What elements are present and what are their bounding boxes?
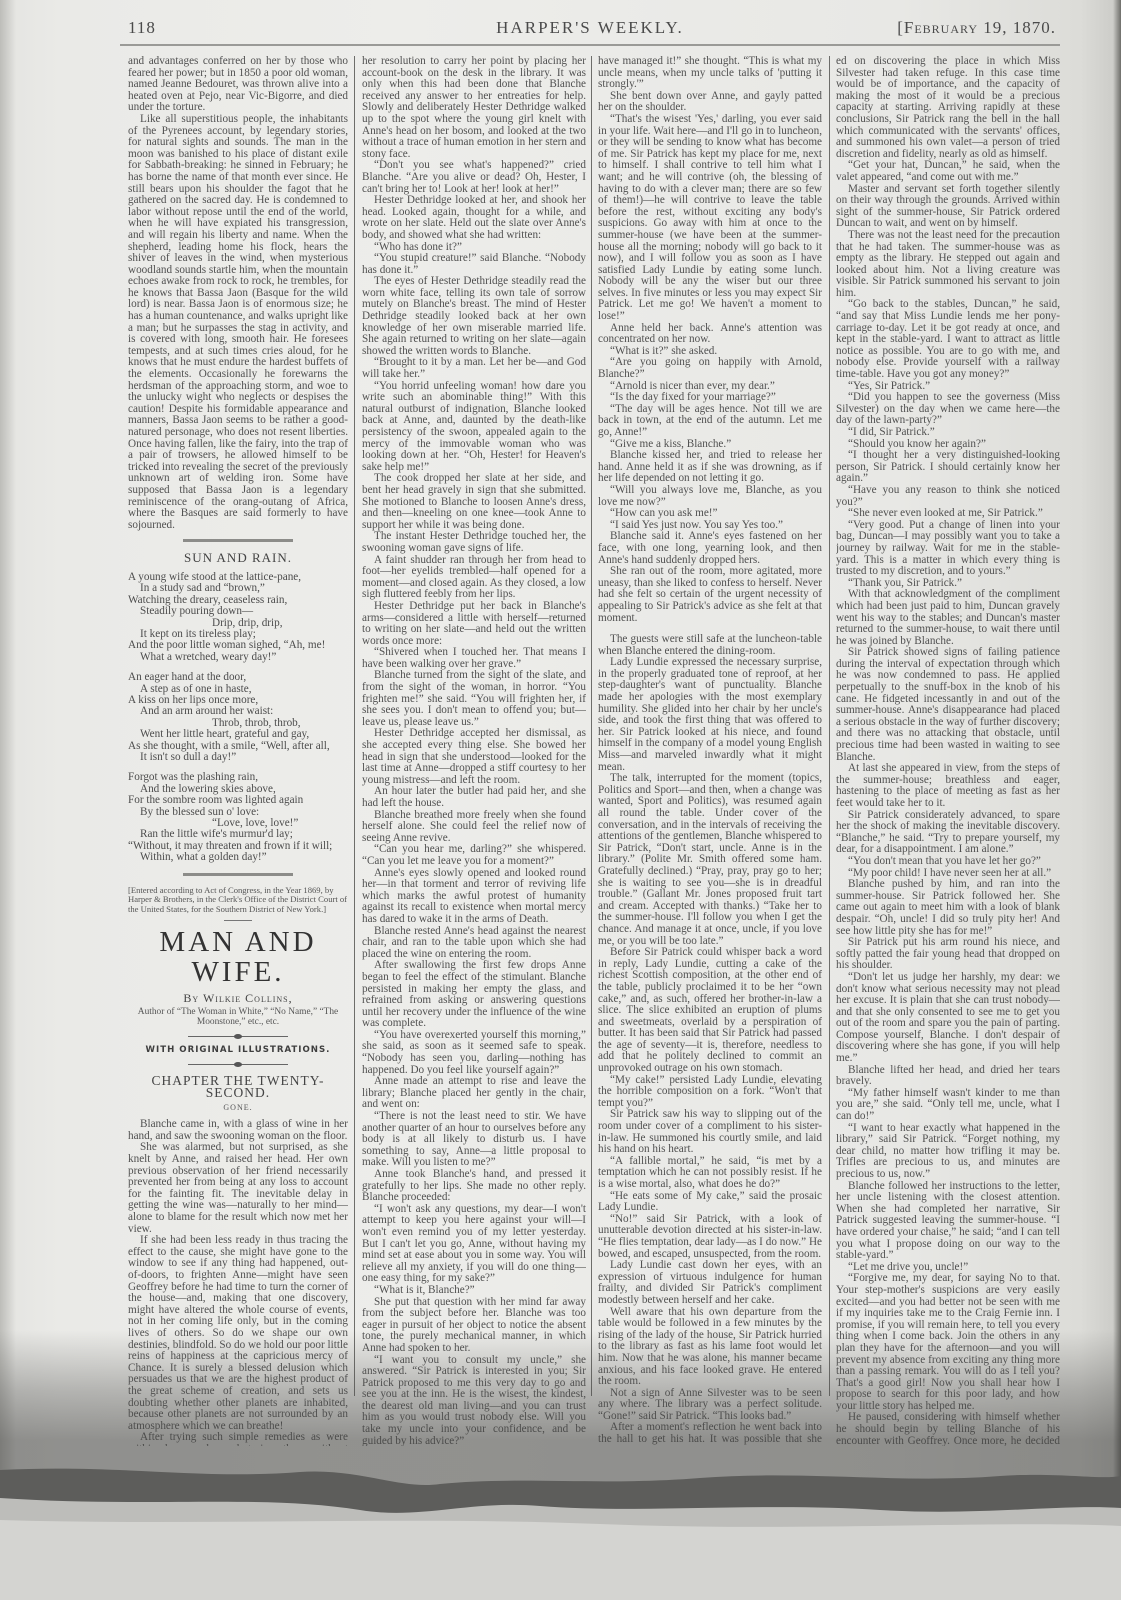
story-paragraph: “My father himself wasn't kinder to me t…: [836, 1088, 1060, 1123]
story-paragraph: “The day will be ages hence. Not till we…: [598, 404, 822, 439]
poem-line: Went her little heart, grateful and gay,: [128, 729, 348, 740]
story-paragraph: Blanche pushed by him, and ran into the …: [836, 879, 1060, 937]
author-note: Author of “The Woman in White,” “No Name…: [128, 1007, 348, 1028]
story-paragraph: She was alarmed, but not surprised, as s…: [128, 1142, 348, 1235]
story-paragraph: “Don't let us judge her harshly, my dear…: [836, 972, 1060, 1065]
story-paragraph: “That's the wisest 'Yes,' darling, you e…: [598, 114, 822, 323]
column-3: have managed it!” she thought. “This is …: [598, 56, 822, 1446]
story-paragraph: Blanche said it. Anne's eyes fastened on…: [598, 531, 822, 566]
story-paragraph: If she had been less ready in thus traci…: [128, 1235, 348, 1432]
story-paragraph: ed on discovering the place in which Mis…: [836, 56, 1060, 160]
story-paragraph: Anne made an attempt to rise and leave t…: [362, 1076, 586, 1111]
story-paragraph: The talk, interrupted for the moment (to…: [598, 773, 822, 947]
issue-date: [February 19, 1870.: [897, 18, 1056, 38]
short-divider: [224, 920, 252, 921]
story-paragraph: At last she appeared in view, from the s…: [836, 763, 1060, 809]
story-title: MAN AND WIFE.: [128, 927, 348, 987]
column-2: her resolution to carry her point by pla…: [362, 56, 586, 1446]
story-paragraph: Before Sir Patrick could whisper back a …: [598, 947, 822, 1075]
story-paragraph: “He eats some of My cake,” said the pros…: [598, 1191, 822, 1214]
story-paragraph: her resolution to carry her point by pla…: [362, 56, 586, 160]
story-paragraph: “You have overexerted yourself this morn…: [362, 1030, 586, 1076]
story-paragraph: Not a sign of Anne Silvester was to be s…: [598, 1388, 822, 1423]
paragraph: and advantages conferred on her by those…: [128, 56, 348, 114]
story-text: Blanche came in, with a glass of wine in…: [128, 1119, 348, 1446]
story-paragraph: After trying such simple remedies as wer…: [128, 1432, 348, 1446]
story-paragraph: “Don't you see what's happened?” cried B…: [362, 160, 586, 195]
story-paragraph: Sir Patrick saw his way to slipping out …: [598, 1109, 822, 1155]
story-paragraph: With that acknowledgment of the complime…: [836, 589, 1060, 647]
ornament-divider: [188, 1064, 288, 1065]
story-paragraph: “You stupid creature!” said Blanche. “No…: [362, 253, 586, 276]
column-rule: [829, 56, 830, 1396]
story-paragraph: Anne's eyes slowly opened and looked rou…: [362, 868, 586, 926]
story-paragraph: “There is not the least need to stir. We…: [362, 1111, 586, 1169]
column-rule: [591, 56, 592, 1396]
story-paragraph: Well aware that his own departure from t…: [598, 1307, 822, 1388]
story-byline: By Wilkie Collins,: [128, 993, 348, 1005]
story-paragraph: Hester Dethridge accepted her dismissal,…: [362, 728, 586, 786]
story-paragraph: The guests were still safe at the lunche…: [598, 634, 822, 657]
story-paragraph: After a moment's reflection he went back…: [598, 1422, 822, 1446]
story-paragraph: “I want to hear exactly what happened in…: [836, 1123, 1060, 1181]
story-paragraph: “I want you to consult my uncle,” she an…: [362, 1355, 586, 1447]
story-paragraph: “No!” said Sir Patrick, with a look of u…: [598, 1214, 822, 1260]
newspaper-page: 118 HARPER'S WEEKLY. [February 19, 1870.…: [0, 0, 1121, 1600]
story-paragraph: The cook dropped her slate at her side, …: [362, 473, 586, 531]
story-paragraph: There was not the least need for the pre…: [836, 230, 1060, 300]
story-paragraph: “I did, Sir Patrick.”: [836, 427, 1060, 439]
story-paragraph: The eyes of Hester Dethridge steadily re…: [362, 276, 586, 357]
story-paragraph: Anne held her back. Anne's attention was…: [598, 323, 822, 346]
story-paragraph: Lady Lundie cast down her eyes, with an …: [598, 1260, 822, 1306]
story-paragraph: “I won't ask any questions, my dear—I wo…: [362, 1204, 586, 1285]
poem-line: What a wretched, weary day!”: [128, 652, 348, 663]
chapter-heading: CHAPTER THE TWENTY-SECOND.: [128, 1075, 348, 1098]
article-pyrenees-legends: and advantages conferred on her by those…: [128, 56, 348, 531]
story-paragraph: “Go back to the stables, Duncan,” he sai…: [836, 299, 1060, 380]
ornament-divider: [188, 1036, 288, 1037]
story-paragraph: Blanche followed her instructions to the…: [836, 1181, 1060, 1262]
page-binding-shadow: [0, 0, 16, 1600]
story-paragraph: “Can you hear me, darling?” she whispere…: [362, 844, 586, 867]
story-paragraph: “She never even looked at me, Sir Patric…: [836, 508, 1060, 520]
torn-page-edge: [0, 1450, 1121, 1600]
story-paragraph: “What is it, Blanche?”: [362, 1285, 586, 1297]
story-paragraph: “Get your hat, Duncan,” he said, when th…: [836, 160, 1060, 183]
page-edge-shadow: [1113, 0, 1121, 1600]
story-paragraph: Blanche lifted her head, and dried her t…: [836, 1065, 1060, 1088]
story-paragraph: She put that question with her mind far …: [362, 1297, 586, 1355]
story-paragraph: Hester Dethridge looked at her, and shoo…: [362, 195, 586, 241]
column-4: ed on discovering the place in which Mis…: [836, 56, 1060, 1446]
story-paragraph: “Brought to it by a man. Let her be—and …: [362, 357, 586, 380]
story-paragraph: Blanche rested Anne's head against the n…: [362, 926, 586, 961]
column-rule: [354, 56, 355, 1396]
poem-line: It isn't so dull a day!”: [128, 752, 348, 763]
story-paragraph: “Are you going on happily with Arnold, B…: [598, 357, 822, 380]
story-paragraph: Hester Dethridge put her back in Blanche…: [362, 601, 586, 647]
chapter-subtitle: GONE.: [128, 1102, 348, 1114]
story-paragraph: “You don't mean that you have let her go…: [836, 856, 1060, 868]
story-paragraph: “Have you any reason to think she notice…: [836, 485, 1060, 508]
story-paragraph: He paused, considering with himself whet…: [836, 1412, 1060, 1446]
section-divider: [183, 539, 293, 542]
paragraph: Like all superstitious people, the inhab…: [128, 114, 348, 531]
masthead: 118 HARPER'S WEEKLY. [February 19, 1870.: [120, 14, 1060, 46]
story-paragraph: “My cake!” persisted Lady Lundie, elevat…: [598, 1075, 822, 1110]
story-paragraph: Master and servant set forth together si…: [836, 184, 1060, 230]
story-paragraph: The instant Hester Dethridge touched her…: [362, 531, 586, 554]
story-paragraph: An hour later the butler had paid her, a…: [362, 786, 586, 809]
column-1: and advantages conferred on her by those…: [128, 56, 348, 1446]
poem-stanza: A young wife stood at the lattice-pane,I…: [128, 572, 348, 663]
poem-line: Within, what a golden day!”: [128, 852, 348, 863]
poem-line: For the sombre room was lighted again: [128, 795, 348, 806]
poem-stanza: An eager hand at the door,A step as of o…: [128, 672, 348, 763]
poem-line: An eager hand at the door,: [128, 672, 348, 683]
story-paragraph: “I thought her a very distinguished-look…: [836, 450, 1060, 485]
story-paragraph: Sir Patrick put his arm round his niece,…: [836, 937, 1060, 972]
story-paragraph: After swallowing the first few drops Ann…: [362, 960, 586, 1030]
copyright-notice: [Entered according to Act of Congress, i…: [128, 886, 348, 915]
story-paragraph: “How can you ask me!”: [598, 508, 822, 520]
story-paragraph: have managed it!” she thought. “This is …: [598, 56, 822, 91]
story-paragraph: Blanche turned from the sight of the sla…: [362, 670, 586, 728]
story-paragraph: “Forgive me, my dear, for saying No to t…: [836, 1273, 1060, 1412]
story-paragraph: Blanche breathed more freely when she fo…: [362, 810, 586, 845]
story-paragraph: A faint shudder ran through her from hea…: [362, 555, 586, 601]
poem-stanza: Forgot was the plashing rain,And the low…: [128, 772, 348, 863]
story-paragraph: She bent down over Anne, and gayly patte…: [598, 91, 822, 114]
story-paragraph: “A fallible mortal,” he said, “is met by…: [598, 1156, 822, 1191]
story-paragraph: Anne took Blanche's hand, and pressed it…: [362, 1169, 586, 1204]
story-paragraph: Lady Lundie expressed the necessary surp…: [598, 657, 822, 773]
section-divider: [183, 873, 293, 876]
story-paragraph: She ran out of the room, more agitated, …: [598, 566, 822, 624]
story-paragraph: Blanche came in, with a glass of wine in…: [128, 1119, 348, 1142]
story-paragraph: “Very good. Put a change of linen into y…: [836, 520, 1060, 578]
story-paragraph: Blanche kissed her, and tried to release…: [598, 450, 822, 485]
poem-title: SUN AND RAIN.: [128, 552, 348, 564]
illustrations-note: WITH ORIGINAL ILLUSTRATIONS.: [128, 1045, 348, 1057]
story-paragraph: “Shivered when I touched her. That means…: [362, 647, 586, 670]
poem-line: Steadily pouring down—: [128, 606, 348, 617]
story-paragraph: “Did you happen to see the governess (Mi…: [836, 392, 1060, 427]
story-paragraph: Sir Patrick considerately advanced, to s…: [836, 810, 1060, 856]
poem-sun-and-rain: A young wife stood at the lattice-pane,I…: [128, 572, 348, 864]
story-paragraph: “Will you always love me, Blanche, as yo…: [598, 485, 822, 508]
story-paragraph: “You horrid unfeeling woman! how dare yo…: [362, 381, 586, 474]
story-paragraph: Sir Patrick showed signs of failing pati…: [836, 647, 1060, 763]
